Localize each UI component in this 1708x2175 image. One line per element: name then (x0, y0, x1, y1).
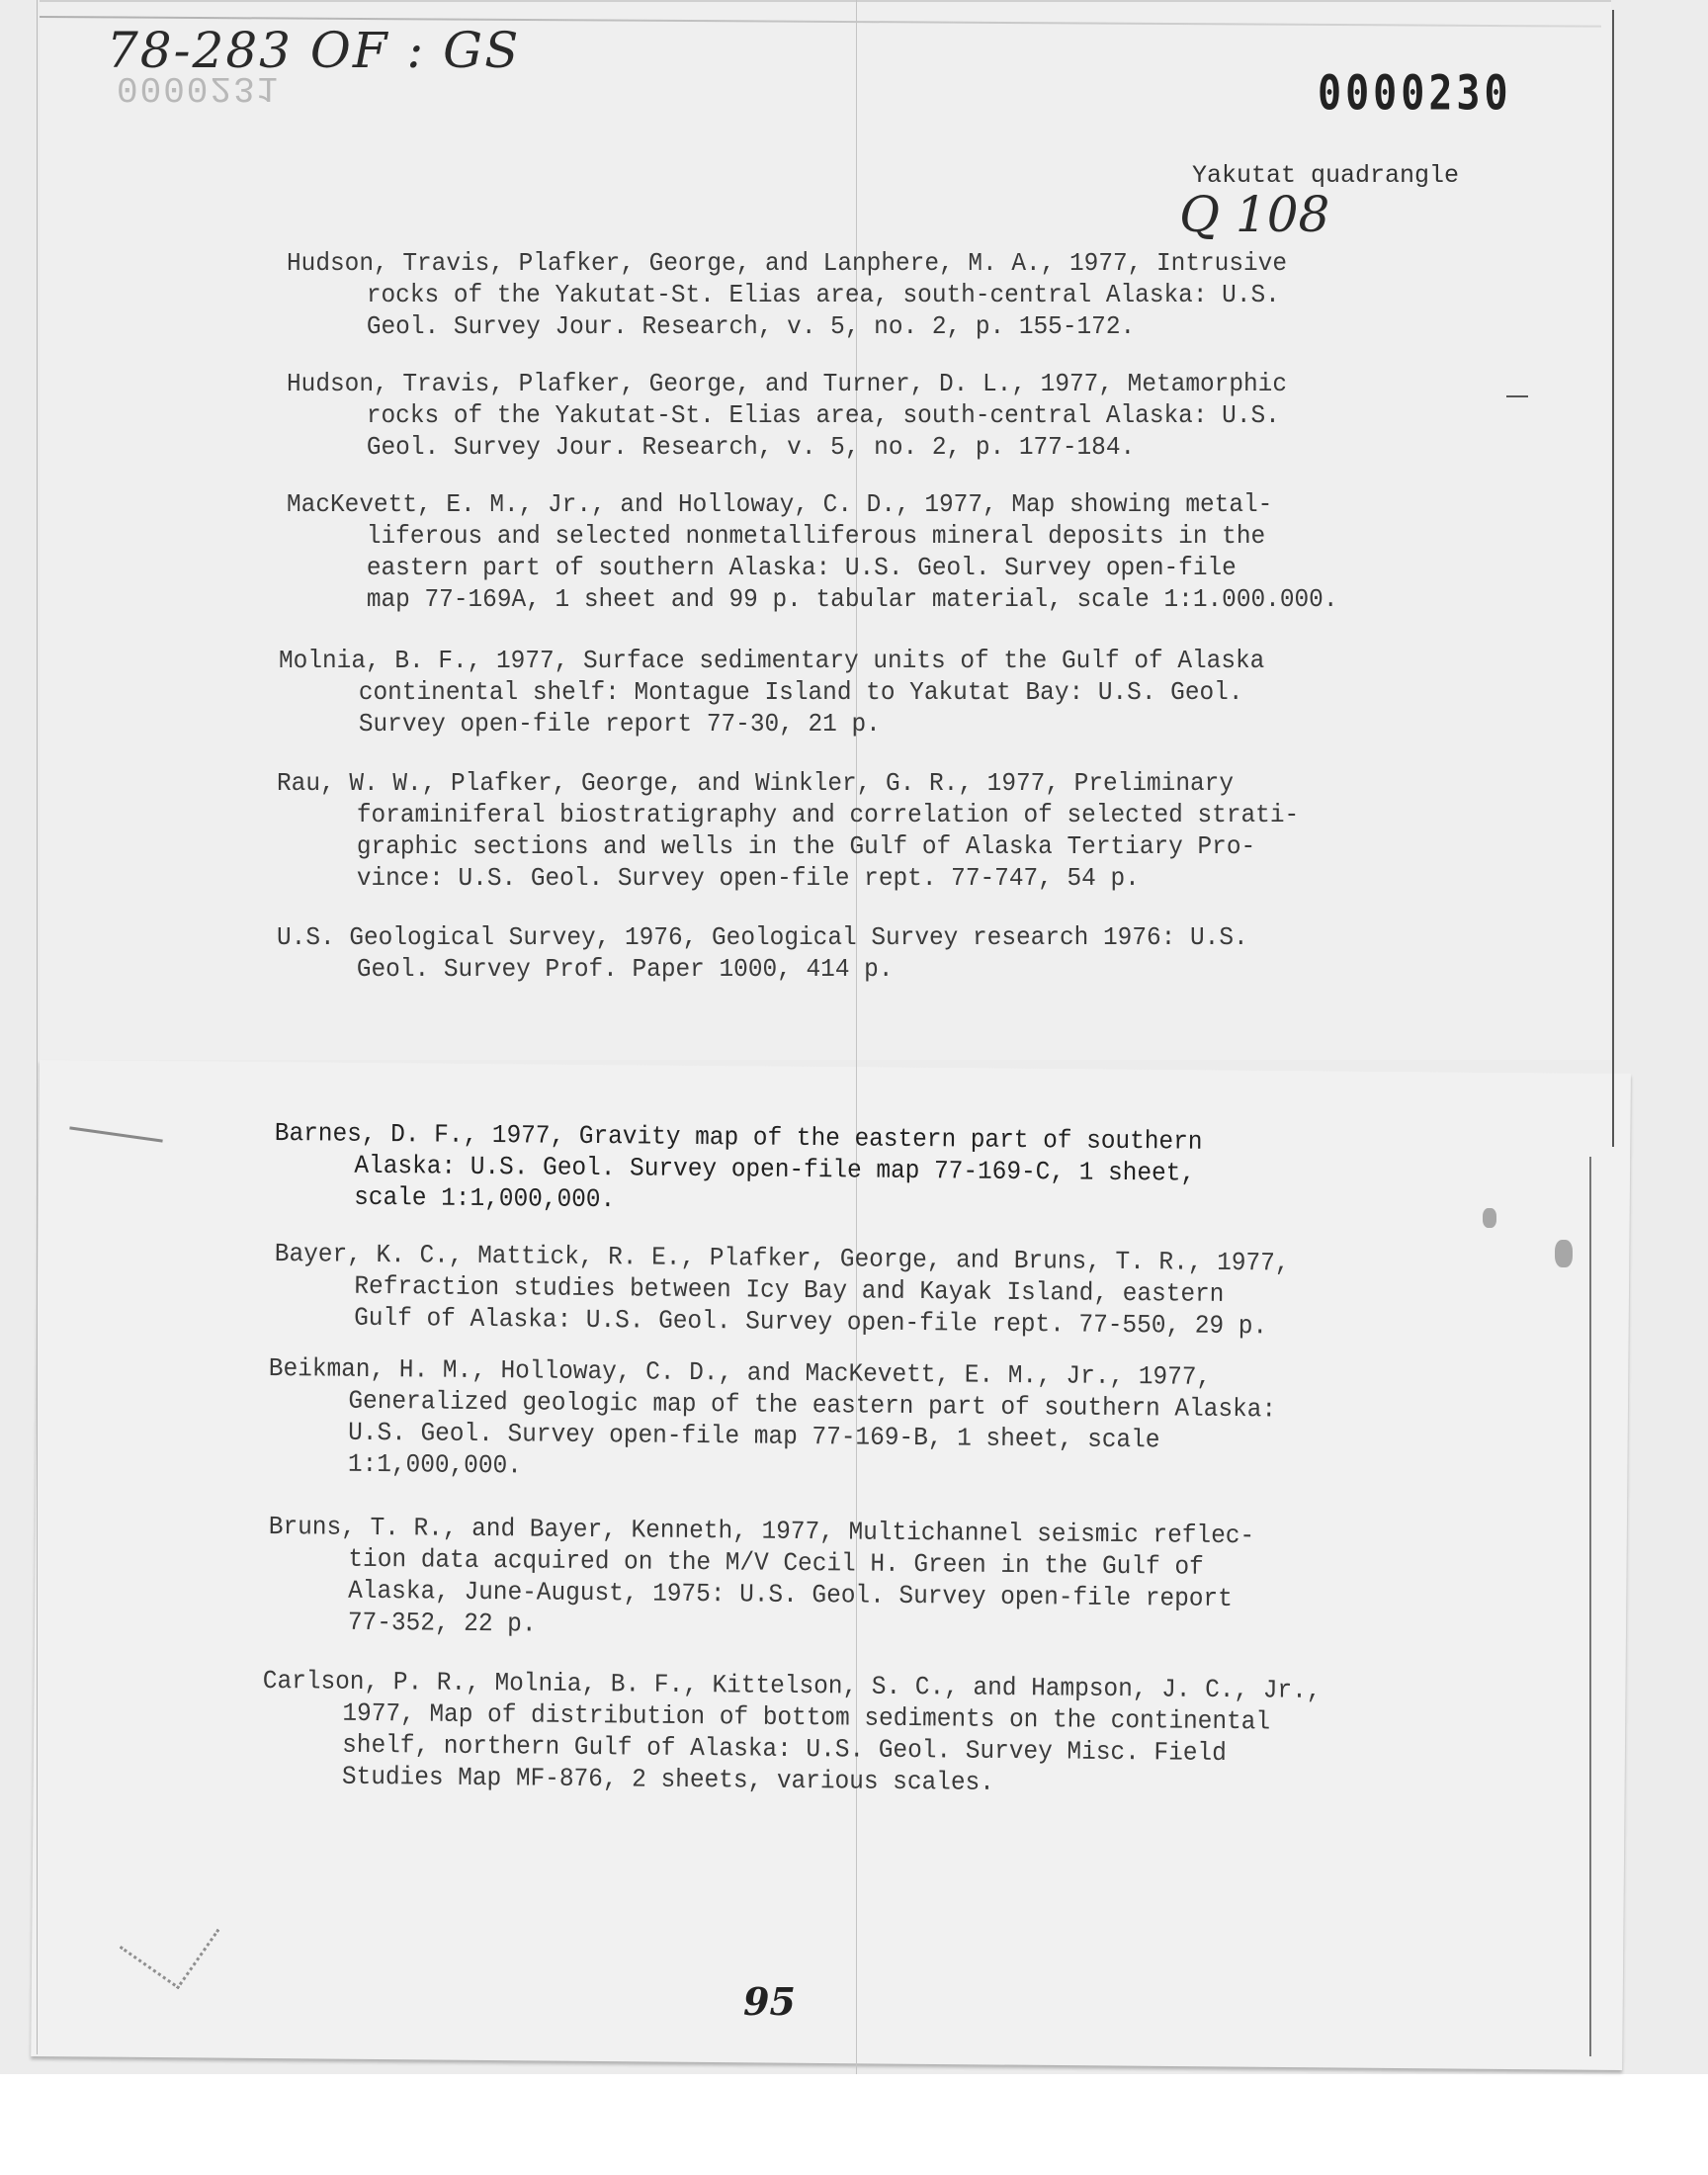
reference-line: Geol. Survey Jour. Research, v. 5, no. 2… (287, 310, 1457, 342)
reference-entry: U.S. Geological Survey, 1976, Geological… (277, 921, 1447, 985)
reference-entry: Bruns, T. R., and Bayer, Kenneth, 1977, … (268, 1511, 1439, 1648)
reference-line: foraminiferal biostratigraphy and correl… (277, 799, 1447, 830)
handwritten-page-number: 95 (743, 1979, 796, 2024)
scan-smudge (1483, 1208, 1496, 1228)
reference-entry: Rau, W. W., Plafker, George, and Winkler… (277, 767, 1447, 894)
scan-smudge (1555, 1240, 1573, 1267)
handwritten-q-number: Q 108 (1179, 186, 1329, 243)
reference-entry: MacKevett, E. M., Jr., and Holloway, C. … (287, 488, 1457, 615)
left-page-edge (37, 0, 38, 2054)
reference-line: Rau, W. W., Plafker, George, and Winkler… (277, 767, 1447, 799)
reference-line: continental shelf: Montague Island to Ya… (279, 676, 1449, 708)
reference-line: Geol. Survey Jour. Research, v. 5, no. 2… (287, 431, 1457, 463)
reference-line: eastern part of southern Alaska: U.S. Ge… (287, 552, 1457, 583)
reference-line: Survey open-file report 77-30, 21 p. (279, 708, 1449, 739)
right-margin-rule (1612, 10, 1614, 1147)
reference-line: Geol. Survey Prof. Paper 1000, 414 p. (277, 953, 1447, 985)
reference-line: U.S. Geological Survey, 1976, Geological… (277, 921, 1447, 953)
reference-entry: Hudson, Travis, Plafker, George, and Tur… (287, 368, 1457, 463)
document-number: 0000230 (1318, 66, 1512, 121)
reference-entry: Hudson, Travis, Plafker, George, and Lan… (287, 247, 1457, 342)
reference-line: Molnia, B. F., 1977, Surface sedimentary… (279, 645, 1449, 676)
reference-line: Hudson, Travis, Plafker, George, and Tur… (287, 368, 1457, 399)
reference-line: vince: U.S. Geol. Survey open-file rept.… (277, 862, 1447, 894)
reference-line: map 77-169A, 1 sheet and 99 p. tabular m… (287, 583, 1457, 615)
reference-line: rocks of the Yakutat-St. Elias area, sou… (287, 399, 1457, 431)
reference-line: liferous and selected nonmetalliferous m… (287, 520, 1457, 552)
scanned-page: 0000231 78-283 OF : GS 0000230 Yakutat q… (0, 0, 1708, 2074)
reference-entry: Carlson, P. R., Molnia, B. F., Kittelson… (262, 1665, 1433, 1802)
reference-line: MacKevett, E. M., Jr., and Holloway, C. … (287, 488, 1457, 520)
handwritten-file-number: 78-283 OF : GS (107, 22, 520, 79)
reference-line: graphic sections and wells in the Gulf o… (277, 830, 1447, 862)
right-margin-rule-lower (1589, 1157, 1591, 2056)
reference-entry: Beikman, H. M., Holloway, C. D., and Mac… (268, 1352, 1439, 1490)
reference-line: Hudson, Travis, Plafker, George, and Lan… (287, 247, 1457, 279)
reference-entry: Molnia, B. F., 1977, Surface sedimentary… (279, 645, 1449, 739)
reference-entry: Bayer, K. C., Mattick, R. E., Plafker, G… (274, 1238, 1445, 1344)
reference-line: rocks of the Yakutat-St. Elias area, sou… (287, 279, 1457, 310)
reference-entry: Barnes, D. F., 1977, Gravity map of the … (274, 1117, 1445, 1223)
margin-tick-mark (1506, 395, 1528, 397)
